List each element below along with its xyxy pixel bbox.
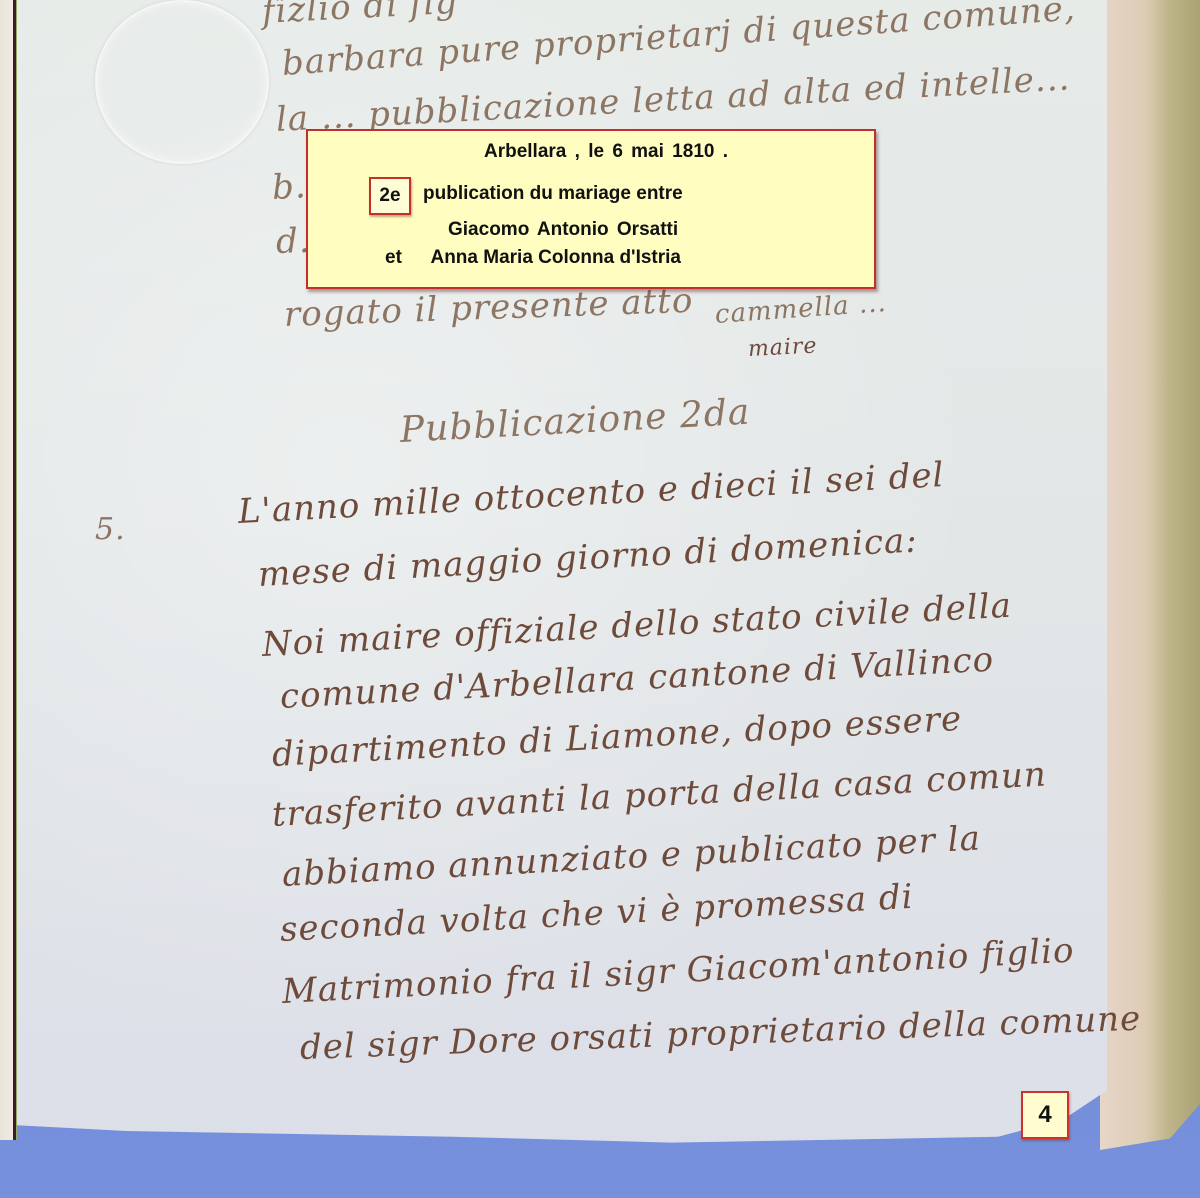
bride-line: et Anna Maria Colonna d'Istria xyxy=(385,247,681,269)
embossed-seal-icon xyxy=(95,0,269,164)
conjunction: et xyxy=(385,247,402,268)
annotation-box: Arbellara , le 6 mai 1810 . 2e publicati… xyxy=(306,129,876,289)
groom-name: Giacomo Antonio Orsatti xyxy=(448,219,678,241)
publication-number-badge: 2e xyxy=(369,177,411,215)
right-page-edges xyxy=(1100,0,1200,1150)
page-number-badge: 4 xyxy=(1021,1091,1069,1139)
publication-text: publication du mariage entre xyxy=(423,183,683,205)
annotation-title: Arbellara , le 6 mai 1810 . xyxy=(308,141,874,163)
binding-spine xyxy=(13,0,17,1140)
bride-name: Anna Maria Colonna d'Istria xyxy=(430,247,681,268)
